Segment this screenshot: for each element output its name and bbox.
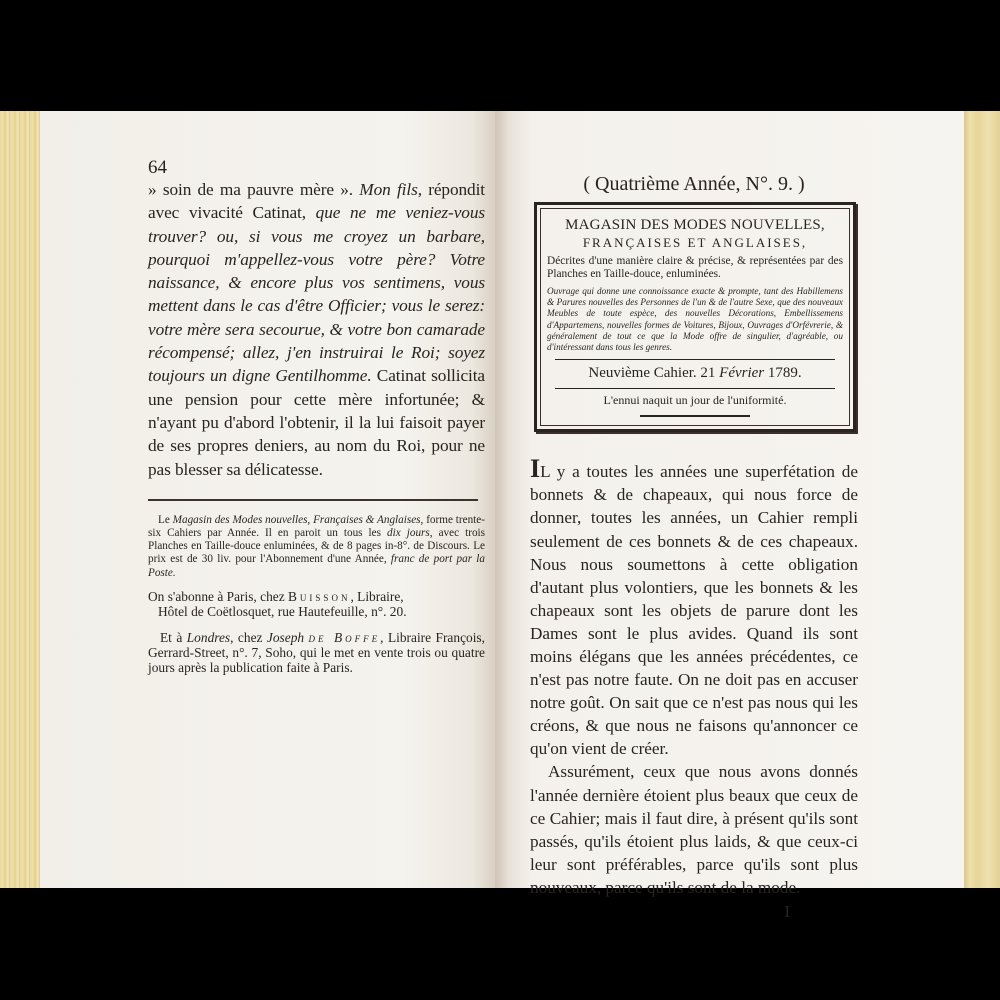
left-page-text: 64 » soin de ma pauvre mère ». Mon fils,… [148, 158, 485, 676]
notice-text-italic: dix jours [387, 527, 430, 539]
issue-label: Neuvième Cahier. 21 [588, 365, 719, 381]
motto: L'ennui naquit un jour de l'uniformité. [547, 393, 843, 408]
address-text: On s'abonne à Paris, chez [148, 589, 288, 604]
article-body: IL y a toutes les années une superfétati… [530, 460, 858, 899]
title-frame: MAGASIN DES MODES NOUVELLES, FRANÇAISES … [534, 202, 856, 432]
publication-title: MAGASIN DES MODES NOUVELLES, [547, 217, 843, 234]
publication-subtitle: Décrites d'une manière claire & précise,… [547, 255, 843, 281]
notice-title: Magasin des Modes nouvelles, Françaises … [173, 514, 421, 526]
city-name: Londres [187, 630, 230, 645]
address-text: , chez [230, 630, 267, 645]
text-segment-italic: que ne me veniez-vous trouver? ou, si vo… [148, 203, 485, 385]
section-divider [148, 499, 478, 501]
article-paragraph: Assurément, ceux que nous avons donnés l… [530, 760, 858, 899]
drop-cap: I [530, 454, 540, 483]
subscription-notice: Le Magasin des Modes nouvelles, Français… [148, 514, 485, 580]
page-number: 64 [148, 158, 485, 178]
left-body-paragraph: » soin de ma pauvre mère ». Mon fils, ré… [148, 178, 485, 481]
publication-description: Ouvrage qui donne une connoissance exact… [547, 286, 843, 353]
london-address: Et à Londres, chez Joseph de Boffe, Libr… [148, 631, 485, 675]
paris-address: On s'abonne à Paris, chez Buisson, Libra… [148, 590, 485, 620]
paragraph-text: L y a toutes les années une superfétatio… [530, 462, 858, 758]
publisher-first-name: Joseph [267, 630, 304, 645]
address-text: , Libraire, [350, 589, 403, 604]
publication-title-line2: FRANÇAISES ET ANGLAISES, [547, 234, 843, 251]
gilt-edge-right [964, 111, 1000, 888]
address-text: Et à [160, 630, 187, 645]
text-segment-italic: Mon fils [359, 180, 417, 199]
address-line: Hôtel de Coëtlosquet, rue Hautefeuille, … [148, 605, 485, 620]
gilt-edge-left [0, 111, 40, 888]
title-frame-inner: MAGASIN DES MODES NOUVELLES, FRANÇAISES … [540, 208, 850, 426]
article-paragraph: IL y a toutes les années une superfétati… [530, 460, 858, 760]
right-page-text: ( Quatrième Année, N°. 9. ) MAGASIN DES … [530, 172, 858, 923]
text-segment: » soin de ma pauvre mère ». [148, 180, 359, 199]
issue-year: 1789. [764, 365, 802, 381]
issue-line: Neuvième Cahier. 21 Février 1789. [547, 364, 843, 382]
issue-month: Février [719, 365, 764, 381]
signature-mark: I [530, 901, 858, 923]
running-head: ( Quatrième Année, N°. 9. ) [530, 172, 858, 196]
ornament-rule [640, 415, 750, 417]
title-divider [555, 359, 835, 360]
notice-text: Le [158, 514, 173, 526]
publisher-name: Buisson [288, 589, 350, 604]
title-divider [555, 388, 835, 389]
publisher-surname: de Boffe [309, 630, 381, 645]
